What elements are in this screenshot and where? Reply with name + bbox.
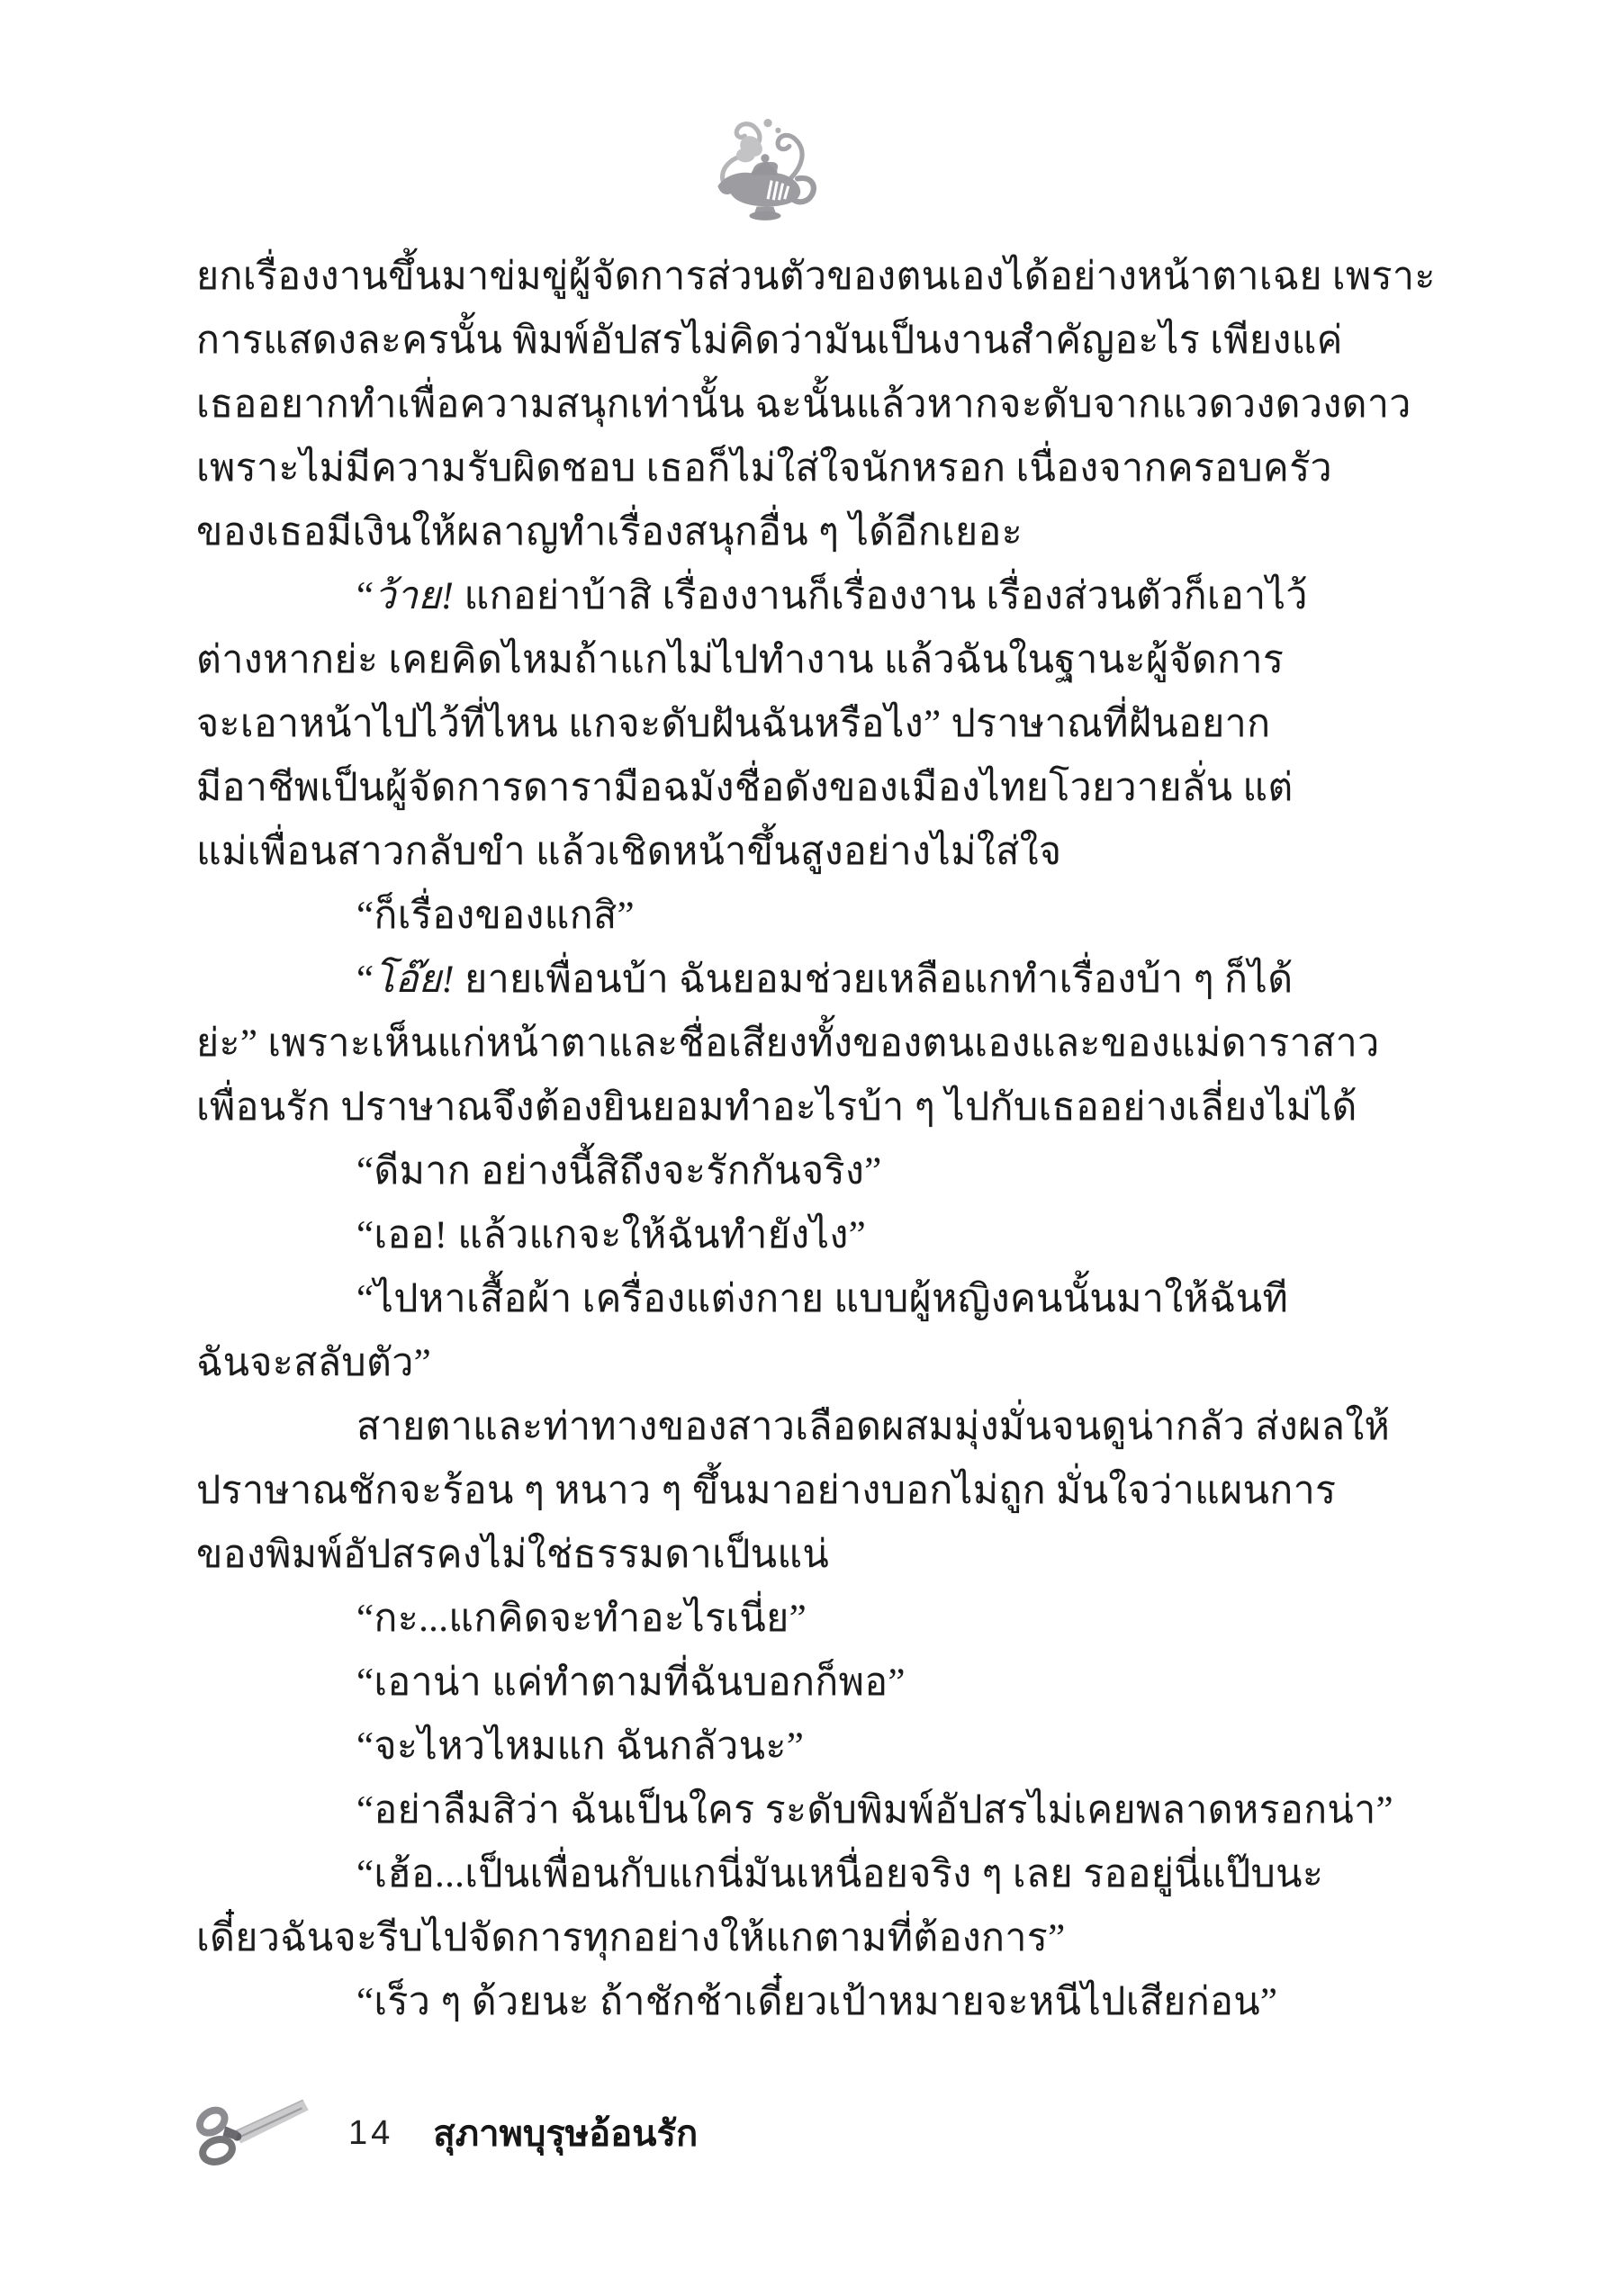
text-segment: การแสดงละครนั้น พิมพ์อัปสรไม่คิดว่ามันเป… xyxy=(196,320,1343,362)
book-title: สุภาพบุรุษอ้อนรัก xyxy=(433,2104,698,2162)
text-line: แม่เพื่อนสาวกลับขำ แล้วเชิดหน้าขึ้นสูงอย… xyxy=(196,820,1338,884)
text-segment: “จะไหวไหมแก ฉันกลัวนะ” xyxy=(356,1725,804,1768)
text-line: เธออยากทำเพื่อความสนุกเท่านั้น ฉะนั้นแล้… xyxy=(196,373,1338,437)
text-segment: ย่ะ” เพราะเห็นแก่หน้าตาและชื่อเสียงทั้งข… xyxy=(196,1022,1380,1065)
body-text-block: ยกเรื่องงานขึ้นมาข่มขู่ผู้จัดการส่วนตัวข… xyxy=(196,245,1338,2034)
text-segment: “เออ! แล้วแกจะให้ฉันทำยังไง” xyxy=(356,1214,866,1256)
text-line: เพราะไม่มีความรับผิดชอบ เธอก็ไม่ใส่ใจนัก… xyxy=(196,437,1338,500)
text-line: มีอาชีพเป็นผู้จัดการดารามือฉมังชื่อดังขอ… xyxy=(196,756,1338,820)
text-segment: “เอาน่า แค่ทำตามที่ฉันบอกก็พอ” xyxy=(356,1661,906,1704)
text-segment: สายตาและท่าทางของสาวเลือดผสมมุ่งมั่นจนดู… xyxy=(356,1406,1390,1448)
text-segment: แกอย่าบ้าสิ เรื่องงานก็เรื่องงาน เรื่องส… xyxy=(454,575,1307,617)
text-line: ของพิมพ์อัปสรคงไม่ใช่ธรรมดาเป็นแน่ xyxy=(196,1523,1338,1587)
text-segment-italic: ว้าย! xyxy=(374,575,454,617)
text-segment: “ก็เรื่องของแกสิ” xyxy=(356,895,635,937)
text-line: เพื่อนรัก ปราษาณจึงต้องยินยอมทำอะไรบ้า ๆ… xyxy=(196,1076,1338,1139)
text-segment: ของพิมพ์อัปสรคงไม่ใช่ธรรมดาเป็นแน่ xyxy=(196,1534,829,1576)
text-line: “ว้าย! แกอย่าบ้าสิ เรื่องงานก็เรื่องงาน … xyxy=(196,564,1338,628)
scissors-icon xyxy=(185,2097,320,2169)
text-segment: ของเธอมีเงินให้ผลาญทำเรื่องสนุกอื่น ๆ ได… xyxy=(196,511,1023,554)
text-segment: ยกเรื่องงานขึ้นมาข่มขู่ผู้จัดการส่วนตัวข… xyxy=(196,256,1436,298)
text-segment: ยายเพื่อนบ้า ฉันยอมช่วยเหลือแกทำเรื่องบ้… xyxy=(455,959,1293,1001)
text-segment: เพื่อนรัก ปราษาณจึงต้องยินยอมทำอะไรบ้า ๆ… xyxy=(196,1086,1357,1129)
text-segment: เพราะไม่มีความรับผิดชอบ เธอก็ไม่ใส่ใจนัก… xyxy=(196,447,1332,490)
text-line: ฉันจะสลับตัว” xyxy=(196,1331,1338,1395)
text-segment: “อย่าลืมสิว่า ฉันเป็นใคร ระดับพิมพ์อัปสร… xyxy=(356,1789,1393,1832)
text-segment: ปราษาณชักจะร้อน ๆ หนาว ๆ ขึ้นมาอย่างบอกไ… xyxy=(196,1470,1336,1512)
text-line: “จะไหวไหมแก ฉันกลัวนะ” xyxy=(196,1715,1338,1778)
text-line: ของเธอมีเงินให้ผลาญทำเรื่องสนุกอื่น ๆ ได… xyxy=(196,500,1338,564)
text-line: ต่างหากย่ะ เคยคิดไหมถ้าแกไม่ไปทำงาน แล้ว… xyxy=(196,628,1338,692)
text-segment: “ xyxy=(356,575,374,617)
chapter-ornament xyxy=(712,104,820,223)
text-line: จะเอาหน้าไปไว้ที่ไหน แกจะดับฝันฉันหรือไง… xyxy=(196,692,1338,756)
page-footer: 14 สุภาพบุรุษอ้อนรัก xyxy=(185,2093,698,2173)
text-segment: “ xyxy=(356,959,374,1001)
text-segment: มีอาชีพเป็นผู้จัดการดารามือฉมังชื่อดังขอ… xyxy=(196,767,1294,809)
text-segment: “ไปหาเสื้อผ้า เครื่องแต่งกาย แบบผู้หญิงค… xyxy=(356,1278,1288,1320)
text-line: การแสดงละครนั้น พิมพ์อัปสรไม่คิดว่ามันเป… xyxy=(196,309,1338,373)
text-line: ปราษาณชักจะร้อน ๆ หนาว ๆ ขึ้นมาอย่างบอกไ… xyxy=(196,1459,1338,1523)
text-segment: “กะ...แกคิดจะทำอะไรเนี่ย” xyxy=(356,1598,807,1640)
text-line: “ไปหาเสื้อผ้า เครื่องแต่งกาย แบบผู้หญิงค… xyxy=(196,1267,1338,1331)
genie-lamp-icon xyxy=(712,104,820,223)
text-segment: ต่างหากย่ะ เคยคิดไหมถ้าแกไม่ไปทำงาน แล้ว… xyxy=(196,639,1284,681)
text-line: “เร็ว ๆ ด้วยนะ ถ้าชักช้าเดี๋ยวเป้าหมายจะ… xyxy=(196,1970,1338,2034)
text-line: “ก็เรื่องของแกสิ” xyxy=(196,884,1338,948)
text-line: สายตาและท่าทางของสาวเลือดผสมมุ่งมั่นจนดู… xyxy=(196,1395,1338,1459)
text-line: “เฮ้อ...เป็นเพื่อนกับแกนี่มันเหนื่อยจริง… xyxy=(196,1842,1338,1906)
text-segment: เดี๋ยวฉันจะรีบไปจัดการทุกอย่างให้แกตามที… xyxy=(196,1917,1066,1959)
text-segment: จะเอาหน้าไปไว้ที่ไหน แกจะดับฝันฉันหรือไง… xyxy=(196,703,1270,745)
text-line: “โอ๊ย! ยายเพื่อนบ้า ฉันยอมช่วยเหลือแกทำเ… xyxy=(196,948,1338,1012)
text-segment: “เร็ว ๆ ด้วยนะ ถ้าชักช้าเดี๋ยวเป้าหมายจะ… xyxy=(356,1981,1277,2023)
text-line: “เออ! แล้วแกจะให้ฉันทำยังไง” xyxy=(196,1203,1338,1267)
text-line: “เอาน่า แค่ทำตามที่ฉันบอกก็พอ” xyxy=(196,1651,1338,1715)
text-line: ยกเรื่องงานขึ้นมาข่มขู่ผู้จัดการส่วนตัวข… xyxy=(196,245,1338,309)
text-line: “อย่าลืมสิว่า ฉันเป็นใคร ระดับพิมพ์อัปสร… xyxy=(196,1778,1338,1842)
text-line: ย่ะ” เพราะเห็นแก่หน้าตาและชื่อเสียงทั้งข… xyxy=(196,1012,1338,1076)
text-segment: “เฮ้อ...เป็นเพื่อนกับแกนี่มันเหนื่อยจริง… xyxy=(356,1853,1323,1895)
text-segment: เธออยากทำเพื่อความสนุกเท่านั้น ฉะนั้นแล้… xyxy=(196,383,1411,426)
text-segment: “ดีมาก อย่างนี้สิถึงจะรักกันจริง” xyxy=(356,1150,882,1193)
page-number: 14 xyxy=(348,2114,393,2153)
text-segment: ฉันจะสลับตัว” xyxy=(196,1342,431,1384)
text-line: “ดีมาก อย่างนี้สิถึงจะรักกันจริง” xyxy=(196,1139,1338,1203)
text-segment-italic: โอ๊ย! xyxy=(374,959,455,1001)
text-segment: แม่เพื่อนสาวกลับขำ แล้วเชิดหน้าขึ้นสูงอย… xyxy=(196,831,1061,873)
text-line: เดี๋ยวฉันจะรีบไปจัดการทุกอย่างให้แกตามที… xyxy=(196,1906,1338,1970)
text-line: “กะ...แกคิดจะทำอะไรเนี่ย” xyxy=(196,1587,1338,1651)
book-page: ยกเรื่องงานขึ้นมาข่มขู่ผู้จัดการส่วนตัวข… xyxy=(0,0,1605,2296)
